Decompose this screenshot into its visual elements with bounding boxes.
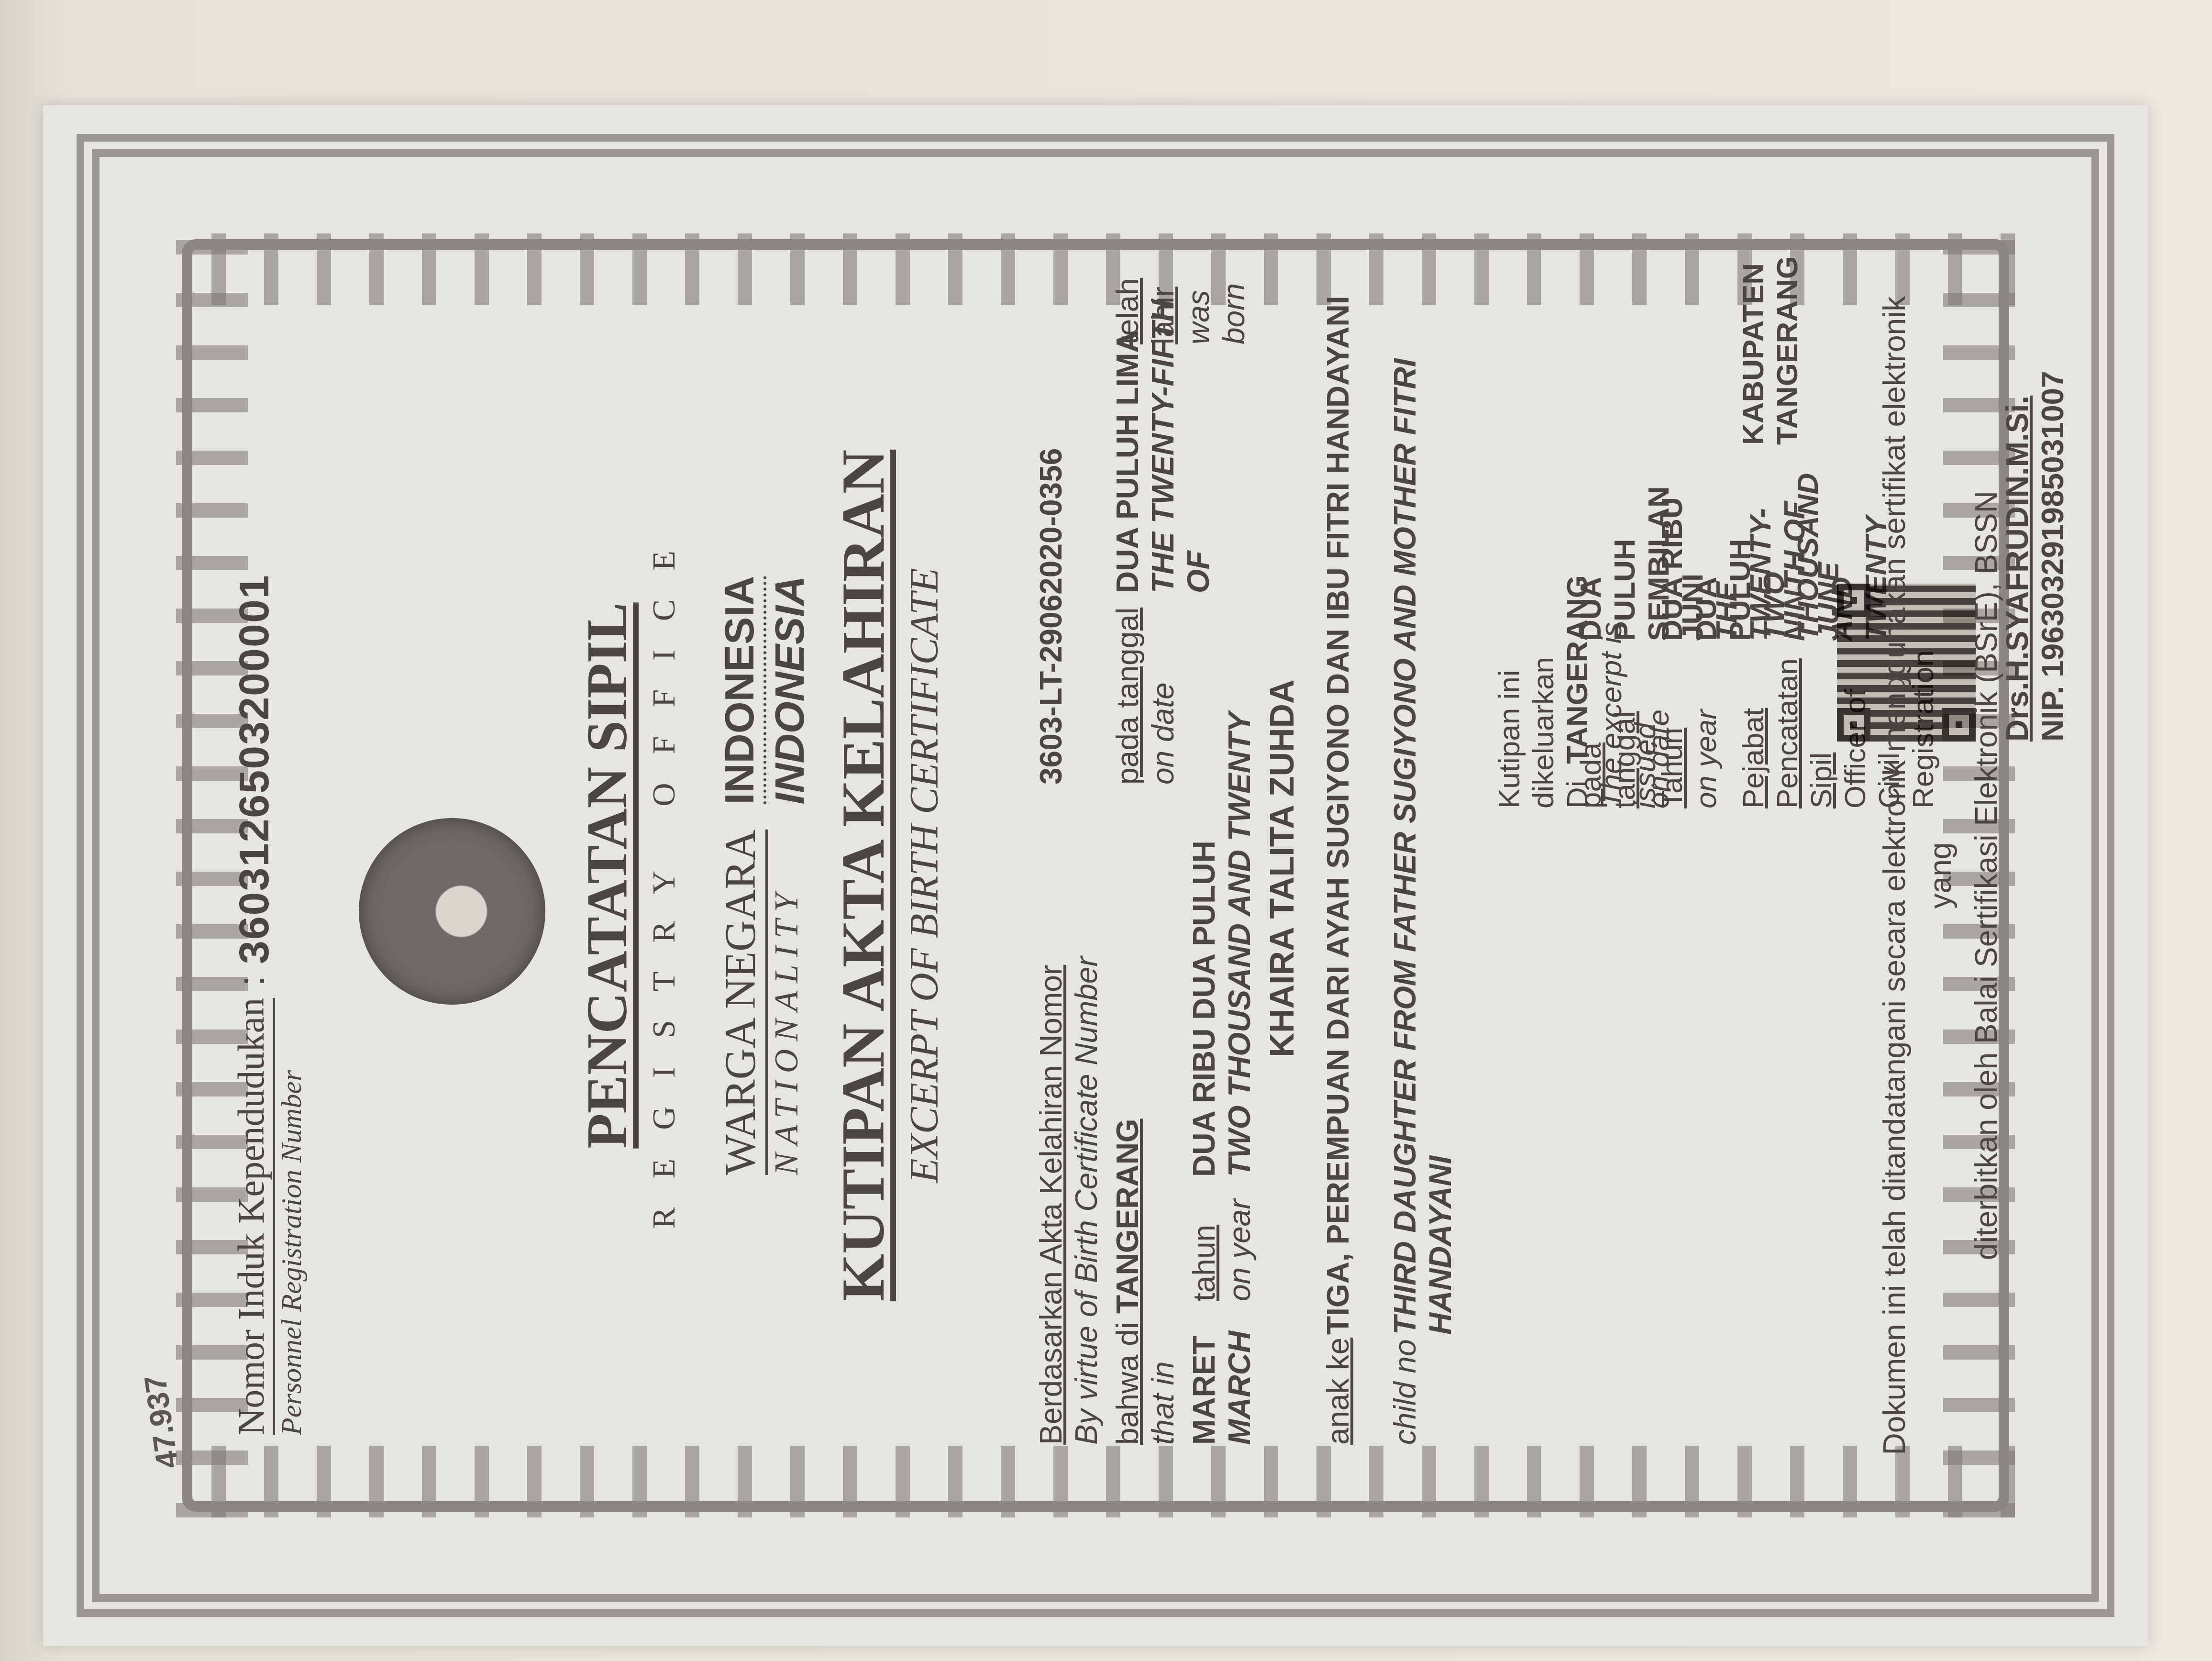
place-value: TANGERANG (1110, 1118, 1145, 1314)
nik-label-en: Personnel Registration Number (275, 998, 308, 1435)
nik-label: Nomor Induk Kependudukan Personnel Regis… (230, 998, 308, 1435)
nationality-value: INDONESIA INDONESIA (716, 576, 814, 805)
birth-date-label-en: on date (1145, 608, 1181, 785)
nik-row: Nomor Induk Kependudukan Personnel Regis… (230, 574, 308, 1435)
document-subtitle: EXCERPT OF BIRTH CERTIFICATE (901, 263, 948, 1488)
child-order-row-en: child no THIRD DAUGHTER FROM FATHER SUGI… (1387, 292, 1435, 1445)
cert-number-label-id: Berdasarkan Akta Kelahiran Nomor (1033, 956, 1069, 1445)
signatory-nip: NIP. 196303291985031007 (2035, 371, 2070, 742)
birth-year-label-id: tahun (1186, 1199, 1222, 1301)
child-order-label-id: anak ke (1320, 1338, 1356, 1445)
child-order-label-en: child no (1387, 1339, 1423, 1445)
child-order-value-id: TIGA, PEREMPUAN DARI AYAH SUGIYONO DAN I… (1320, 296, 1356, 1335)
place-label-id: bahwa di (1110, 1322, 1145, 1445)
place-label: bahwa di TANGERANG that in (1110, 1118, 1181, 1445)
cert-number-label-en: By virtue of Birth Certificate Number (1069, 956, 1104, 1445)
office-subtitle: REGISTRY OFFICE (645, 263, 683, 1488)
issued-date-label-id: pada tanggal (1574, 651, 1642, 808)
birth-year-label-en: on year (1222, 1199, 1257, 1301)
birth-year-value-id: DUA RIBU DUA PULUH (1186, 712, 1222, 1177)
born-label-id: telah lahir (1110, 278, 1181, 344)
nik-separator: : (230, 976, 273, 986)
nik-label-id: Nomor Induk Kependudukan (230, 998, 275, 1435)
nationality-value-id: INDONESIA (716, 576, 766, 805)
child-order-row: anak ke TIGA, PEREMPUAN DARI AYAH SUGIYO… (1320, 292, 1368, 1445)
issued-year-label-en: on year (1689, 651, 1723, 808)
certificate-heading: PENCATATAN SIPIL REGISTRY OFFICE WARGA N… (574, 263, 948, 1488)
birth-year-value-en: TWO THOUSAND AND TWENTY (1222, 712, 1257, 1177)
cert-number-row: Berdasarkan Akta Kelahiran Nomor By virt… (1033, 292, 1110, 1445)
issued-year-label: Tahun on year (1655, 651, 1723, 808)
place-date-row: bahwa di TANGERANG that in pada tanggal … (1110, 292, 1186, 1445)
child-name-row: KHAIRA TALITA ZUHDA (1263, 292, 1320, 1445)
signatory-block: Drs.H.SYAFRUDIN.M.Si. NIP. 1963032919850… (2000, 371, 2070, 742)
month-year-row: MARET MARCH tahun on year DUA RIBU DUA P… (1186, 292, 1263, 1445)
child-name: KHAIRA TALITA ZUHDA (1263, 292, 1301, 1445)
certificate-body: Berdasarkan Akta Kelahiran Nomor By virt… (1033, 292, 1435, 1445)
nationality-label: WARGA NEGARA NATIONALITY (716, 830, 806, 1175)
officer-region: KABUPATEN TANGERANG (1736, 256, 1804, 445)
document-title: KUTIPAN AKTA KELAHIRAN (828, 263, 898, 1488)
nationality-label-id: WARGA NEGARA (716, 830, 768, 1175)
footer-line-2: diterbitkan oleh Balai Sertifikasi Elekt… (1963, 263, 2009, 1488)
birth-month: MARET MARCH (1186, 1331, 1257, 1445)
birth-month-en: MARCH (1222, 1331, 1257, 1445)
electronic-signature-note: Dokumen ini telah ditandatangani secara … (1871, 263, 2009, 1488)
birth-certificate: 47.937 Nomor Induk Kependudukan Personne… (43, 105, 2148, 1646)
birth-date-label: pada tanggal on date (1110, 608, 1181, 785)
officer-label-id: Pejabat Pencatatan Sipil (1736, 650, 1838, 808)
nationality-row: WARGA NEGARA NATIONALITY INDONESIA INDON… (716, 263, 814, 1488)
birth-month-id: MARET (1186, 1331, 1222, 1445)
garuda-emblem-icon (359, 818, 545, 1005)
office-title: PENCATATAN SIPIL (574, 263, 640, 1488)
birth-date-label-id: pada tanggal (1110, 608, 1145, 785)
nik-value: 3603126503200001 (230, 574, 278, 964)
child-order-value-en: THIRD DAUGHTER FROM FATHER SUGIYONO AND … (1387, 292, 1458, 1335)
cert-number-label: Berdasarkan Akta Kelahiran Nomor By virt… (1033, 956, 1104, 1445)
birth-year-value: DUA RIBU DUA PULUH TWO THOUSAND AND TWEN… (1186, 712, 1257, 1177)
cert-number-value: 3603-LT-29062020-0356 (1033, 448, 1069, 785)
footer-line-1: Dokumen ini telah ditandatangani secara … (1871, 263, 1963, 1488)
issued-year-value-id: DUA RIBU DUA PULUH (1655, 473, 1757, 641)
issued-year-label-id: Tahun (1655, 651, 1689, 808)
place-label-en: that in (1145, 1118, 1181, 1445)
nationality-value-en: INDONESIA (766, 576, 814, 805)
birth-year-label: tahun on year (1186, 1199, 1257, 1301)
certificate-content: 47.937 Nomor Induk Kependudukan Personne… (201, 263, 1990, 1488)
nationality-label-en: NATIONALITY (768, 830, 806, 1175)
